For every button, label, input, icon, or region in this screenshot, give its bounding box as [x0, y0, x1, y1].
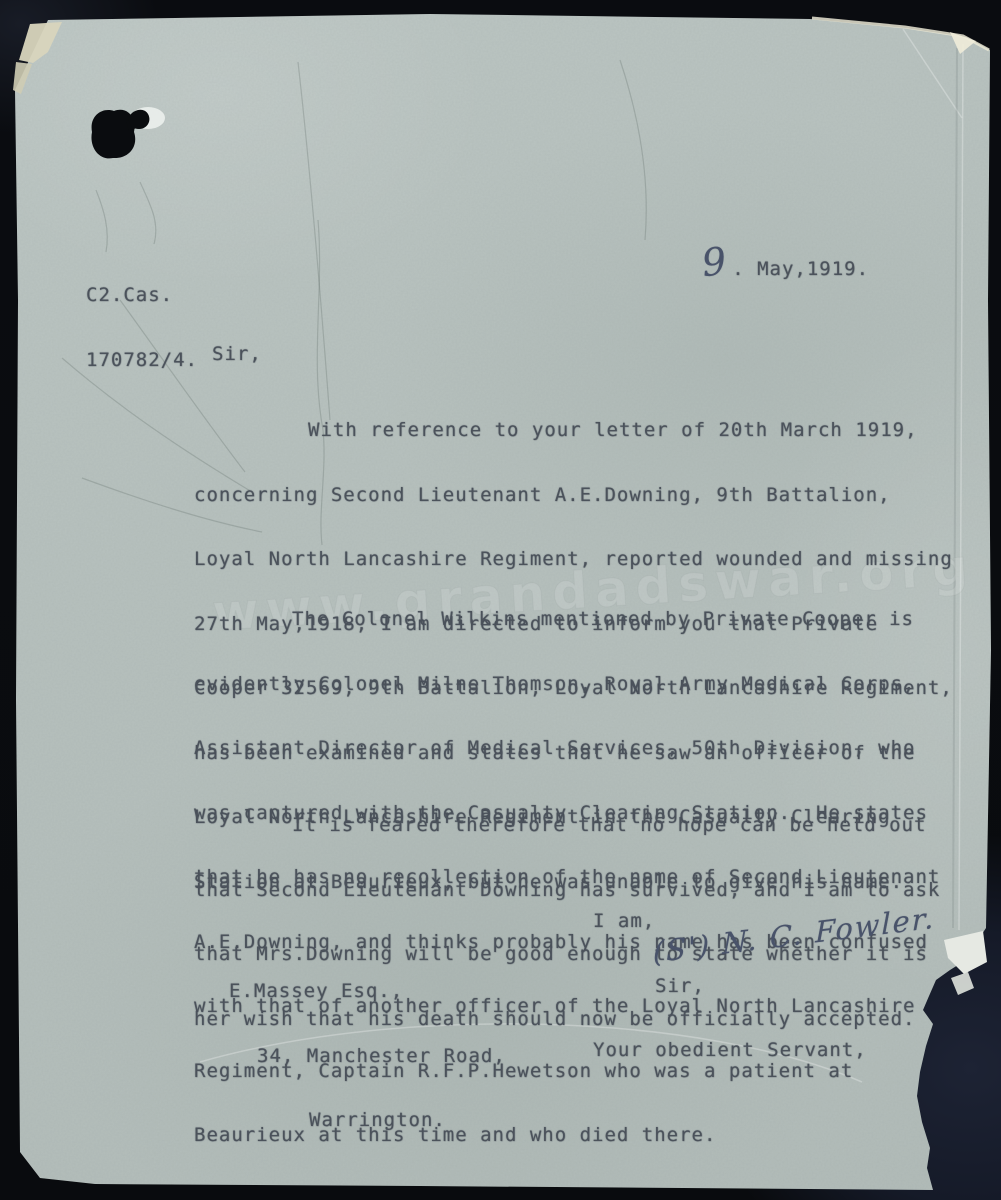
date-line: 9 . May,1919. — [702, 240, 869, 284]
reference-line-2: 170782/4. — [86, 350, 198, 372]
paragraph-1-line: With reference to your letter of 20th Ma… — [194, 420, 953, 442]
recipient-name: E.Massey Esq., — [229, 981, 506, 1003]
paragraph-3-line: It is feared therefore that no hope can … — [194, 815, 940, 837]
salutation: Sir, — [212, 344, 262, 366]
closing: I am, Sir, Your obedient Servant, — [593, 868, 867, 1105]
paragraph-1-line: concerning Second Lieutenant A.E.Downing… — [194, 485, 953, 507]
tape-bottom-right-small — [951, 972, 974, 995]
closing-line-3: Your obedient Servant, — [593, 1040, 867, 1062]
paragraph-2-line: evidently Colonel Milne Thomson, Royal A… — [194, 674, 940, 696]
recipient-town: Warrington. — [309, 1110, 506, 1132]
recipient-address: E.Massey Esq., 34, Manchester Road, Warr… — [229, 938, 506, 1175]
letter-page: www.grandadswar.org C2.Cas. 170782/4. 9 … — [0, 0, 1001, 1200]
reference-line-1: C2.Cas. — [86, 285, 198, 307]
reference-number: C2.Cas. 170782/4. — [86, 242, 198, 414]
paragraph-2-line: Assistant Director of Medical Services, … — [194, 738, 940, 760]
scanned-letter-photo: www.grandadswar.org C2.Cas. 170782/4. 9 … — [0, 0, 1001, 1200]
closing-line-2: Sir, — [655, 976, 867, 998]
handwritten-day: 9 — [700, 239, 729, 285]
paragraph-2-line: The Colonel Wilkins mentioned by Private… — [194, 609, 940, 631]
typed-date: . May,1919. — [732, 259, 869, 281]
recipient-street: 34, Manchester Road, — [257, 1046, 506, 1068]
